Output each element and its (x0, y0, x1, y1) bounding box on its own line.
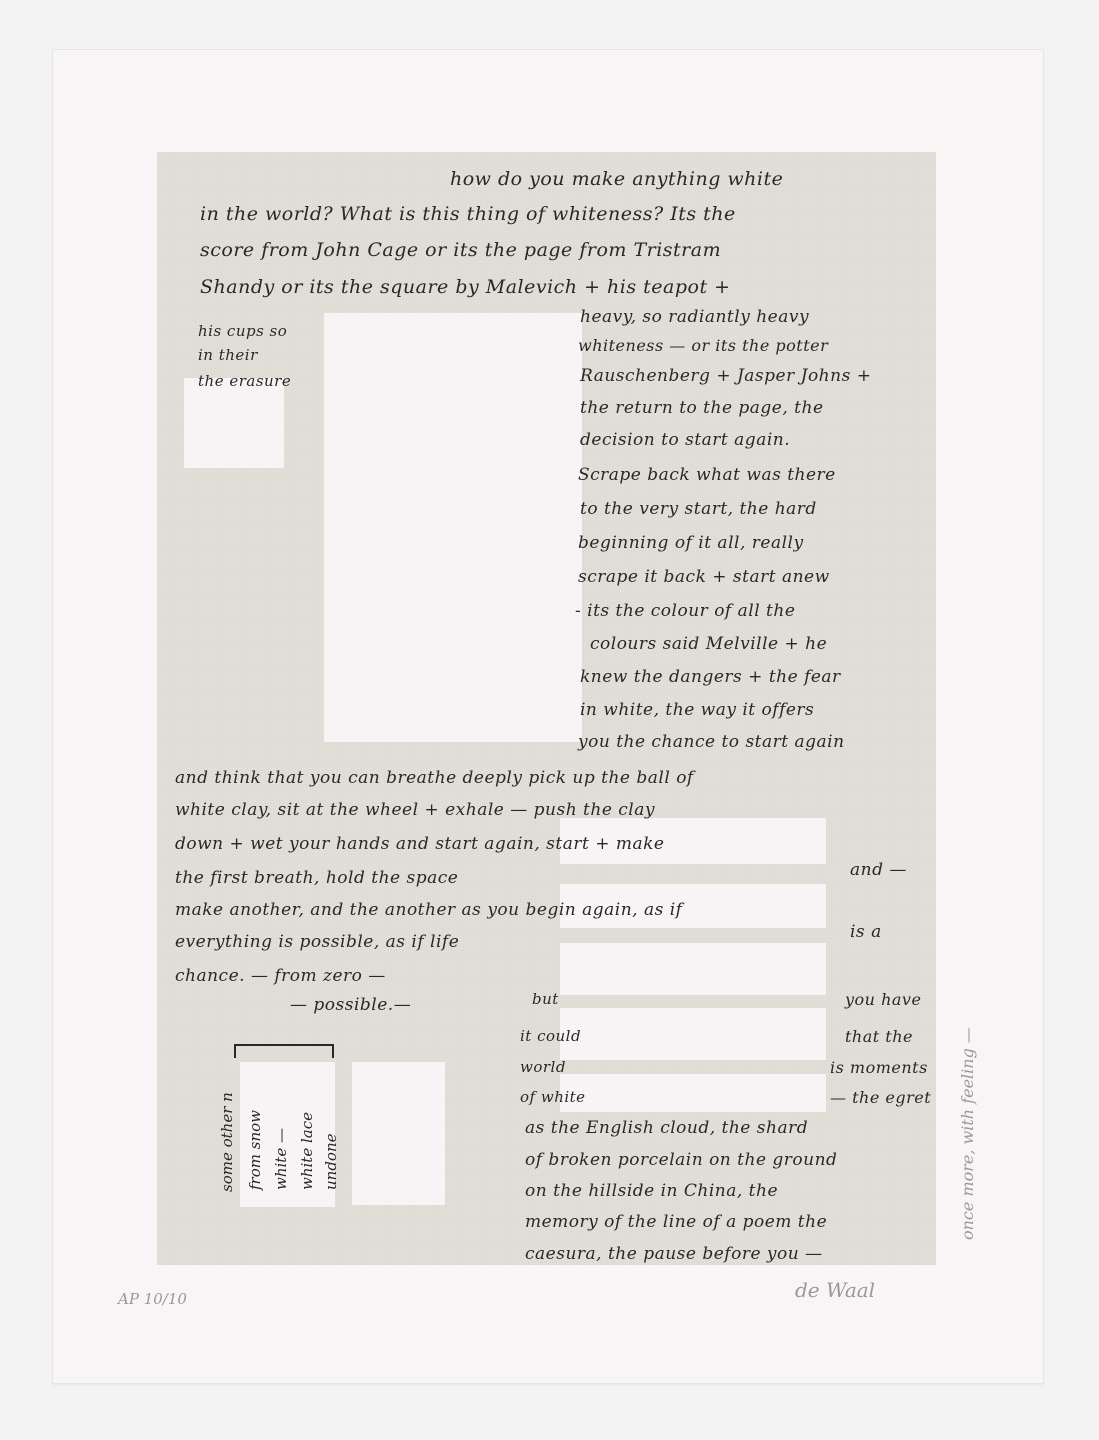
vertical-note-bracket (234, 1044, 334, 1058)
right-col-10: - its the colour of all the (575, 601, 795, 621)
side-note: once more, with feeling — (958, 1027, 977, 1240)
middle-line-6: everything is possible, as if life (175, 932, 459, 952)
vertical-note-top: some other n (218, 1092, 236, 1192)
middle-line-4: the first breath, hold the space (175, 868, 458, 888)
right-col-1: heavy, so radiantly heavy (580, 307, 809, 327)
bottom-line-4: memory of the line of a poem the (525, 1212, 827, 1232)
text-line-top-4: Shandy or its the square by Malevich + h… (200, 276, 731, 298)
large-blank-rectangle (324, 313, 582, 742)
vertical-note-col1: from snow (246, 1110, 264, 1190)
text-line-top-2: in the world? What is this thing of whit… (200, 203, 736, 225)
right-col-9: scrape it back + start anew (578, 567, 830, 587)
right-col-11: colours said Melville + he (590, 634, 827, 654)
left-fragment-1: his cups so (198, 322, 287, 340)
lower-right-4: — the egret (830, 1088, 931, 1107)
right-col-2: whiteness — or its the potter (578, 336, 828, 355)
text-line-top-1: how do you make anything white (450, 168, 783, 190)
right-col-8: beginning of it all, really (578, 533, 804, 553)
bottom-line-5: caesura, the pause before you — (525, 1244, 823, 1264)
vertical-note-col3: white lace (298, 1112, 316, 1190)
left-fragment-3: the erasure (198, 372, 291, 390)
right-col-13: in white, the way it offers (580, 700, 814, 720)
middle-line-2: white clay, sit at the wheel + exhale — … (175, 800, 655, 820)
bottom-line-3: on the hillside in China, the (525, 1181, 778, 1201)
vertical-note-col4: undone (322, 1134, 340, 1191)
blank-bar-4 (560, 1008, 826, 1060)
lower-right-2: that the (845, 1027, 913, 1046)
left-fragment-2: in their (198, 346, 258, 364)
artist-signature: de Waal (795, 1278, 875, 1302)
text-line-top-3: score from John Cage or its the page fro… (200, 239, 721, 261)
right-col-14: you the chance to start again (578, 732, 845, 752)
vertical-note-col2: white — (272, 1128, 290, 1190)
lower-left-4: of white (520, 1088, 586, 1106)
lower-left-1: but (532, 990, 559, 1008)
right-col-4: the return to the page, the (580, 398, 824, 418)
middle-line-1: and think that you can breathe deeply pi… (175, 768, 694, 788)
lower-right-3: is moments (830, 1058, 928, 1077)
middle-line-8: — possible.— (290, 995, 411, 1015)
middle-fragment-and: and — (850, 860, 907, 880)
middle-fragment-is-a: is a (850, 922, 882, 942)
lower-right-1: you have (845, 990, 921, 1009)
bottom-blank-right (352, 1062, 445, 1205)
bottom-line-1: as the English cloud, the shard (525, 1118, 808, 1138)
blank-bar-3 (560, 943, 826, 995)
right-col-5: decision to start again. (580, 430, 790, 450)
lower-left-2: it could (520, 1027, 581, 1045)
middle-line-5: make another, and the another as you beg… (175, 900, 682, 920)
lower-left-3: world (520, 1058, 566, 1076)
middle-line-3: down + wet your hands and start again, s… (175, 834, 664, 854)
edition-number: AP 10/10 (118, 1290, 187, 1308)
bottom-line-2: of broken porcelain on the ground (525, 1150, 837, 1170)
right-col-12: knew the dangers + the fear (580, 667, 841, 687)
right-col-3: Rauschenberg + Jasper Johns + (580, 366, 871, 386)
small-blank-square (184, 378, 284, 468)
middle-line-7: chance. — from zero — (175, 966, 386, 986)
right-col-6: Scrape back what was there (578, 465, 836, 485)
blank-bar-5 (560, 1074, 826, 1112)
right-col-7: to the very start, the hard (580, 499, 817, 519)
